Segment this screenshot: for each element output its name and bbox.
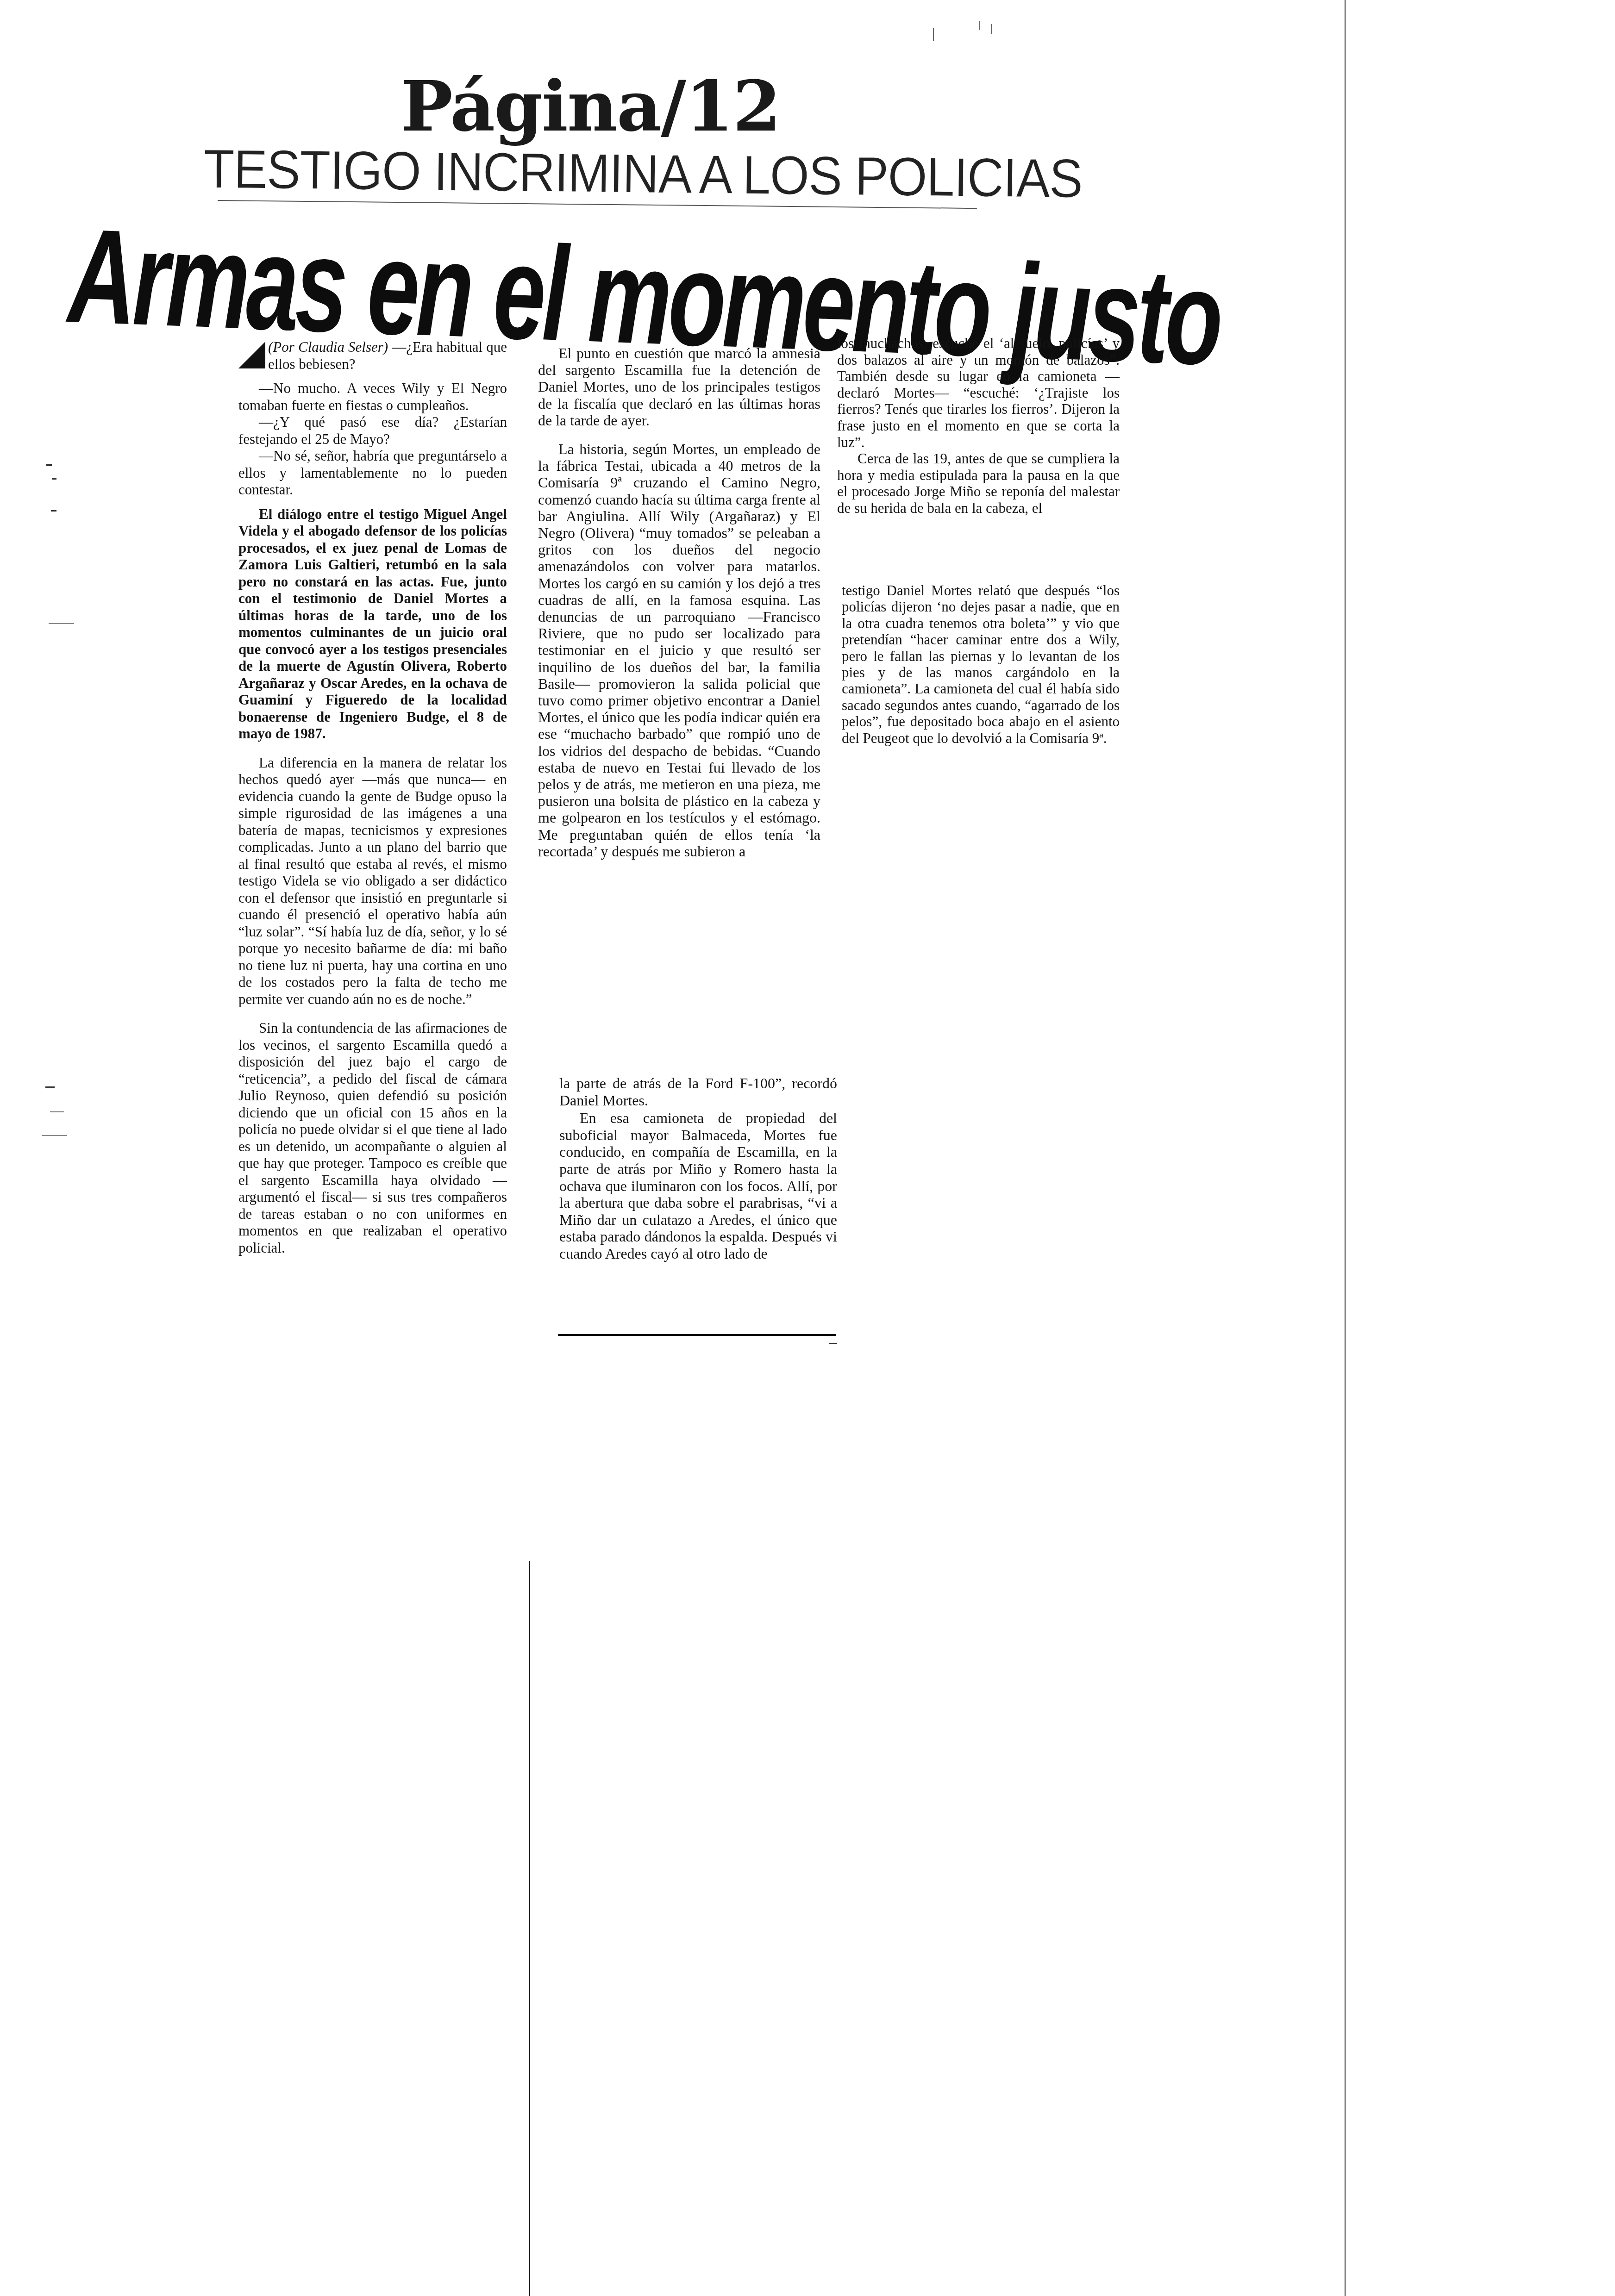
- article-paragraph: El diálogo entre el testigo Miguel Angel…: [238, 506, 507, 742]
- article-paragraph: la parte de atrás de la Ford F-100”, rec…: [559, 1075, 837, 1109]
- article-paragraph: testigo Daniel Mortes relató que después…: [842, 582, 1120, 746]
- scan-artifact: [991, 24, 992, 34]
- article-paragraph: Sin la contundencia de las afirmaciones …: [238, 1020, 507, 1256]
- article-column-1: (Por Claudia Selser) —¿Era habitual que …: [238, 339, 507, 1264]
- article-paragraph: Cerca de las 19, antes de que se cumplie…: [837, 450, 1120, 516]
- page-edge-line: [1345, 0, 1346, 2296]
- article-column-3: los muchachos, escuché el ‘al suelo, pol…: [837, 335, 1120, 524]
- scan-artifact: [51, 510, 56, 512]
- scan-artifact: [45, 1086, 55, 1088]
- article-column-2-continued: la parte de atrás de la Ford F-100”, rec…: [559, 1075, 837, 1270]
- article-paragraph: —No sé, señor, habría que preguntárselo …: [238, 448, 507, 499]
- column-divider-line: [529, 1561, 530, 2296]
- article-paragraph: La historia, según Mortes, un empleado d…: [538, 441, 820, 860]
- scan-artifact: [979, 21, 980, 30]
- scan-artifact: [46, 464, 52, 466]
- kicker-headline: TESTIGO INCRIMINA A LOS POLICIAS: [203, 141, 936, 205]
- article-paragraph: La diferencia en la manera de relatar lo…: [238, 755, 507, 1008]
- scan-artifact: [50, 1111, 64, 1112]
- article-paragraph: los muchachos, escuché el ‘al suelo, pol…: [837, 335, 1120, 450]
- scan-artifact: [52, 478, 56, 480]
- scan-artifact: [49, 623, 74, 624]
- article-lead-paragraph: (Por Claudia Selser) —¿Era habitual que …: [238, 339, 507, 373]
- newspaper-masthead: Página/12: [382, 65, 799, 148]
- scan-artifact: [42, 1135, 67, 1136]
- article-paragraph: El punto en cuestión que marcó la amnesi…: [538, 345, 820, 429]
- rule-tick: [829, 1343, 837, 1344]
- article-paragraph: En esa camioneta de propiedad del subofi…: [559, 1110, 837, 1262]
- scan-artifact: [933, 28, 934, 41]
- byline: (Por Claudia Selser): [268, 339, 388, 355]
- article-paragraph: —No mucho. A veces Wily y El Negro tomab…: [238, 380, 507, 414]
- article-column-2: El punto en cuestión que marcó la amnesi…: [538, 345, 820, 867]
- article-column-3-continued: testigo Daniel Mortes relató que después…: [842, 582, 1120, 754]
- column-end-rule: [558, 1334, 836, 1336]
- article-paragraph: —¿Y qué pasó ese día? ¿Estarían festejan…: [238, 414, 507, 448]
- byline-triangle-icon: [238, 342, 265, 368]
